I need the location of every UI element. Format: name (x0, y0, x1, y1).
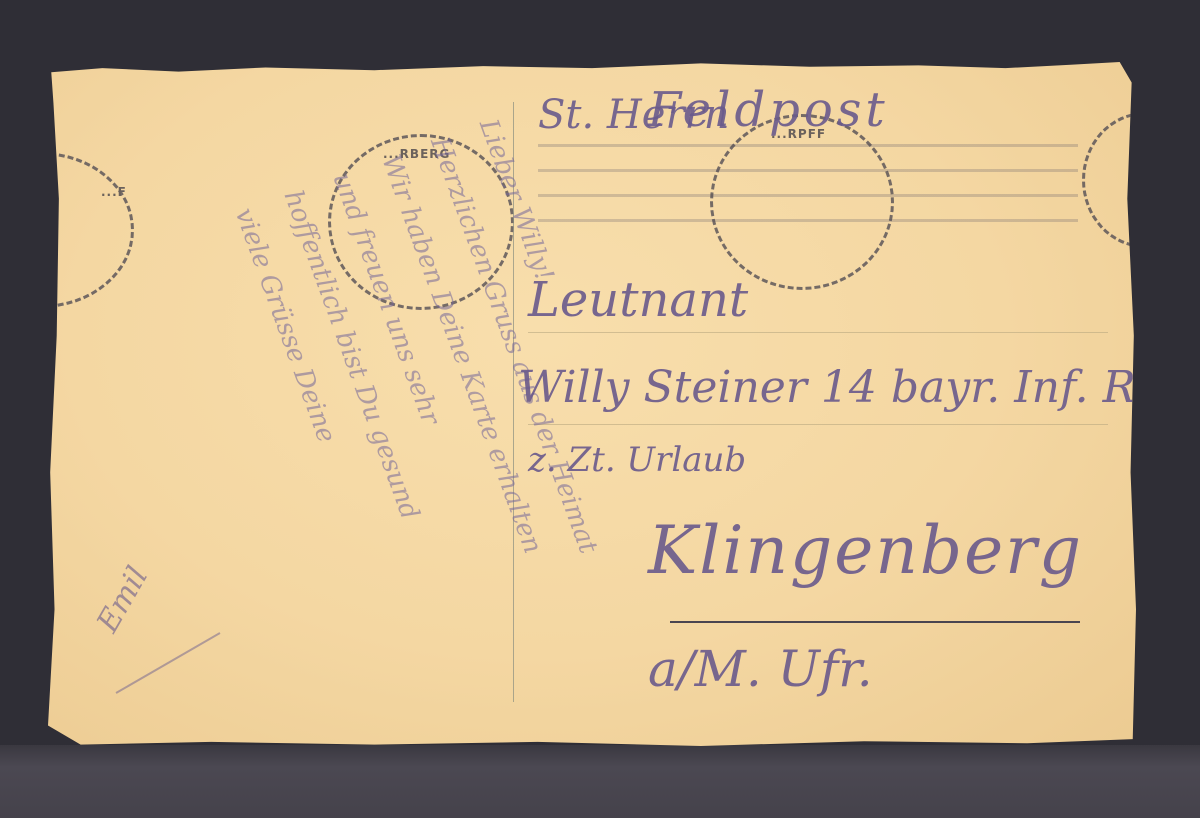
feldpost-marking: Feldpost (648, 82, 889, 138)
address-name-unit: Willy Steiner 14 bayr. Inf. Reg. (518, 362, 1200, 413)
town-underline (670, 621, 1080, 623)
address-rank: Leutnant (528, 272, 748, 328)
address-rule-1 (528, 332, 1108, 333)
table-surface (0, 745, 1200, 818)
postcard: ...RBERG ...RPFF ...F Lieber Willy! Herz… (48, 62, 1136, 746)
address-town: Klingenberg (648, 512, 1083, 589)
postmark-top-right: ...RPFF (710, 114, 894, 290)
address-note: z. Zt. Urlaub (528, 440, 746, 480)
postmark-left-text: ...F (101, 185, 127, 199)
postmark-right-partial (1082, 112, 1200, 248)
address-region: a/M. Ufr. (648, 640, 873, 698)
